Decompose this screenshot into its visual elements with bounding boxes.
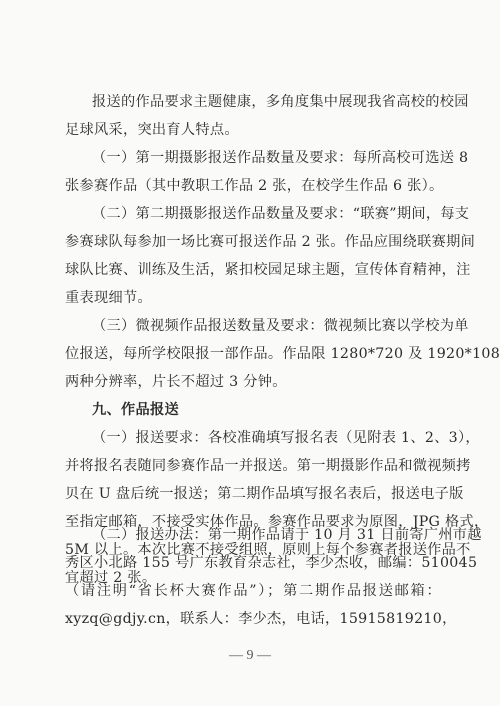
paragraph-line: 并将报名表随同参赛作品一并报送。第一期摄影作品和微视频拷 (65, 456, 441, 476)
paragraph-line: 报送的作品要求主题健康，多角度集中展现我省高校的校园 (92, 92, 441, 112)
paragraph-line: 两种分辨率，片长不超过 3 分钟。 (65, 372, 441, 392)
paragraph-line: （一）报送要求：各校准确填写报名表（见附表 1、2、3）， (92, 428, 441, 448)
paragraph-line: 贝在 U 盘后统一报送；第二期作品填写报名表后，报送电子版 (65, 484, 441, 504)
page-number: — 9 — (0, 648, 500, 664)
paragraph-line: 位报送，每所学校限报一部作品。作品限 1280*720 及 1920*1080 (65, 344, 441, 364)
section-heading: 九、作品报送 (92, 400, 468, 420)
paragraph-line: xyzq@gdjy.cn，联系人：李少杰，电话，15915819210， (65, 609, 441, 629)
paragraph-line: （二）报送办法：第一期作品请于 10 月 31 日前寄广州市越 (92, 525, 441, 545)
paragraph-line: 张参赛作品（其中教职工作品 2 张，在校学生作品 6 张）。 (65, 176, 441, 196)
paragraph-line: 足球风采，突出育人特点。 (65, 120, 441, 140)
paragraph-line: （一）第一期摄影报送作品数量及要求：每所高校可选送 8 (92, 148, 441, 168)
paragraph-line: （二）第二期摄影报送作品数量及要求：“联赛”期间，每支 (92, 204, 441, 224)
paragraph-line: （三）微视频作品报送数量及要求：微视频比赛以学校为单 (92, 316, 441, 336)
paragraph-line: 球队比赛、训练及生活，紧扣校园足球主题，宣传体育精神，注 (65, 260, 441, 280)
paragraph-line: 参赛球队每参加一场比赛可报送作品 2 张。作品应围绕联赛期间 (65, 232, 441, 252)
paragraph-line: 秀区小北路 155 号广东教育杂志社，李少杰收，邮编：510045 (65, 553, 441, 573)
paragraph-line: （请注明“省长杯大赛作品”）；第二期作品报送邮箱： (65, 581, 441, 601)
paragraph-line: 重表现细节。 (65, 288, 441, 308)
